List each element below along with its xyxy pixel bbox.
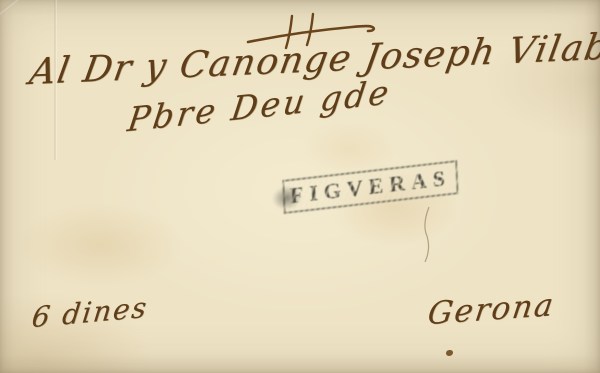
paper-tear-line [425, 207, 429, 262]
letter-cover-scan: Al Dr y Canonge Joseph Vilabella Pbre De… [0, 0, 600, 373]
ink-smudge [270, 184, 304, 213]
